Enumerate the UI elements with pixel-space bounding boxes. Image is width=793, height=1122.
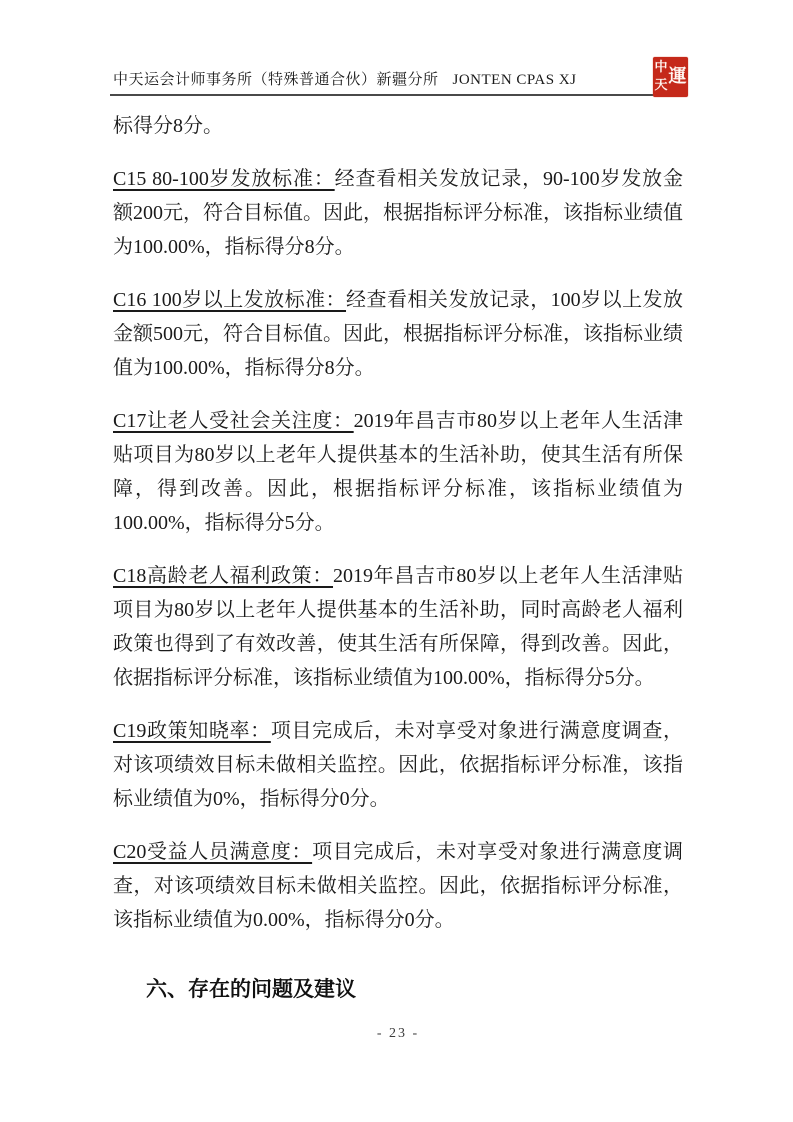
paragraph-c17-label: C17让老人受社会关注度： — [113, 410, 354, 432]
paragraph-c20: C20受益人员满意度：项目完成后，未对享受对象进行满意度调查，对该项绩效目标未做… — [113, 835, 683, 937]
page-number: - 23 - — [377, 1026, 419, 1041]
paragraph-c16-label: C16 100岁以上发放标准： — [113, 289, 346, 311]
paragraph-c19: C19政策知晓率：项目完成后，未对享受对象进行满意度调查，对该项绩效目标未做相关… — [113, 714, 683, 816]
section-heading: 六、存在的问题及建议 — [146, 975, 683, 1005]
seal-left-column: 中 天 — [654, 59, 667, 95]
paragraph-c16: C16 100岁以上发放标准：经查看相关发放记录，100岁以上发放金额500元，… — [113, 283, 683, 385]
paragraph-c20-label: C20受益人员满意度： — [113, 841, 312, 863]
seal-char-bottom-left: 天 — [654, 79, 667, 93]
paragraph-c18-label: C18高龄老人福利政策： — [113, 565, 333, 587]
paragraph-c19-label: C19政策知晓率： — [113, 720, 271, 742]
company-seal-stamp: 中 天 運 — [653, 57, 688, 97]
seal-char-right: 運 — [669, 68, 687, 86]
header-rule — [110, 94, 684, 96]
document-page: 中天运会计师事务所（特殊普通合伙）新疆分所JONTEN CPAS XJ 中 天 … — [0, 0, 793, 1122]
paragraph-c18: C18高龄老人福利政策：2019年昌吉市80岁以上老年人生活津贴项目为80岁以上… — [113, 559, 683, 695]
page-footer: - 23 - — [113, 1026, 683, 1042]
seal-char-top-left: 中 — [654, 61, 667, 75]
header-firm-name-en: JONTEN CPAS XJ — [453, 72, 577, 88]
page-header: 中天运会计师事务所（特殊普通合伙）新疆分所JONTEN CPAS XJ — [113, 70, 673, 90]
paragraph-c15: C15 80-100岁发放标准：经查看相关发放记录，90-100岁发放金额200… — [113, 162, 683, 264]
paragraph-c15-label: C15 80-100岁发放标准： — [113, 168, 335, 190]
document-body: 标得分8分。 C15 80-100岁发放标准：经查看相关发放记录，90-100岁… — [113, 109, 683, 1005]
paragraph-c17: C17让老人受社会关注度：2019年昌吉市80岁以上老年人生活津贴项目为80岁以… — [113, 404, 683, 540]
header-firm-name-cn: 中天运会计师事务所（特殊普通合伙）新疆分所 — [113, 72, 439, 88]
paragraph-continuation: 标得分8分。 — [113, 109, 683, 143]
